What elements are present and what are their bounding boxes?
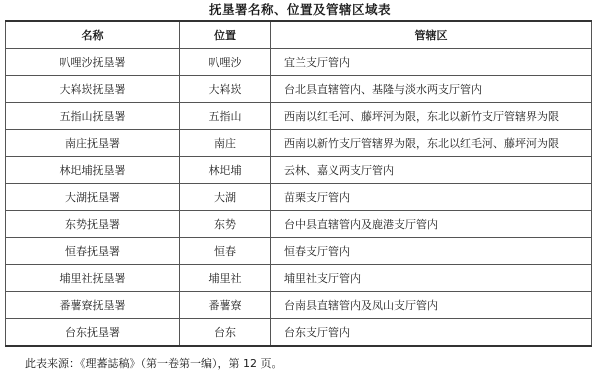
cell-name: 叭哩沙抚垦署 [6,49,180,76]
cell-name: 番薯寮抚垦署 [6,292,180,319]
cell-location: 五指山 [180,103,271,130]
cell-jurisdiction: 西南以红毛河、藤坪河为限，东北以新竹支厅管辖界为限 [271,103,592,130]
cell-jurisdiction: 台中县直辖管内及鹿港支厅管内 [271,211,592,238]
table-row: 叭哩沙抚垦署 叭哩沙 宜兰支厅管内 [6,49,592,76]
cell-name: 林圯埔抚垦署 [6,157,180,184]
cell-jurisdiction: 台北县直辖管内、基隆与淡水两支厅管内 [271,76,592,103]
table-row: 大嵙崁抚垦署 大嵙崁 台北县直辖管内、基隆与淡水两支厅管内 [6,76,592,103]
cell-name: 南庄抚垦署 [6,130,180,157]
table-row: 南庄抚垦署 南庄 西南以新竹支厅管辖界为限，东北以红毛河、藤坪河为限 [6,130,592,157]
cell-location: 叭哩沙 [180,49,271,76]
table-header-row: 名称 位置 管辖区 [6,21,592,49]
cell-jurisdiction: 苗栗支厅管内 [271,184,592,211]
table-row: 东势抚垦署 东势 台中县直辖管内及鹿港支厅管内 [6,211,592,238]
cell-location: 南庄 [180,130,271,157]
table-row: 五指山抚垦署 五指山 西南以红毛河、藤坪河为限，东北以新竹支厅管辖界为限 [6,103,592,130]
jurisdiction-table: 名称 位置 管辖区 叭哩沙抚垦署 叭哩沙 宜兰支厅管内 大嵙崁抚垦署 大嵙崁 台… [5,20,592,347]
cell-name: 东势抚垦署 [6,211,180,238]
table-row: 恒春抚垦署 恒春 恒春支厅管内 [6,238,592,265]
cell-jurisdiction: 恒春支厅管内 [271,238,592,265]
header-location: 位置 [180,21,271,49]
cell-location: 恒春 [180,238,271,265]
cell-jurisdiction: 台东支厅管内 [271,319,592,347]
cell-name: 五指山抚垦署 [6,103,180,130]
cell-name: 台东抚垦署 [6,319,180,347]
cell-location: 大湖 [180,184,271,211]
cell-name: 大湖抚垦署 [6,184,180,211]
cell-location: 番薯寮 [180,292,271,319]
table-row: 大湖抚垦署 大湖 苗栗支厅管内 [6,184,592,211]
table-row: 林圯埔抚垦署 林圯埔 云林、嘉义两支厅管内 [6,157,592,184]
cell-jurisdiction: 台南县直辖管内及凤山支厅管内 [271,292,592,319]
table-row: 番薯寮抚垦署 番薯寮 台南县直辖管内及凤山支厅管内 [6,292,592,319]
cell-location: 东势 [180,211,271,238]
cell-location: 台东 [180,319,271,347]
cell-name: 恒春抚垦署 [6,238,180,265]
table-title: 抚垦署名称、位置及管辖区域表 [0,2,600,18]
cell-jurisdiction: 埔里社支厅管内 [271,265,592,292]
table-row: 埔里社抚垦署 埔里社 埔里社支厅管内 [6,265,592,292]
cell-location: 林圯埔 [180,157,271,184]
header-jurisdiction: 管辖区 [271,21,592,49]
cell-location: 大嵙崁 [180,76,271,103]
cell-name: 大嵙崁抚垦署 [6,76,180,103]
table-row: 台东抚垦署 台东 台东支厅管内 [6,319,592,347]
cell-jurisdiction: 西南以新竹支厅管辖界为限，东北以红毛河、藤坪河为限 [271,130,592,157]
cell-jurisdiction: 宜兰支厅管内 [271,49,592,76]
cell-jurisdiction: 云林、嘉义两支厅管内 [271,157,592,184]
cell-name: 埔里社抚垦署 [6,265,180,292]
header-name: 名称 [6,21,180,49]
cell-location: 埔里社 [180,265,271,292]
source-footnote: 此表来源：《理蕃誌稿》（第一卷第一编），第 12 页。 [25,357,283,371]
